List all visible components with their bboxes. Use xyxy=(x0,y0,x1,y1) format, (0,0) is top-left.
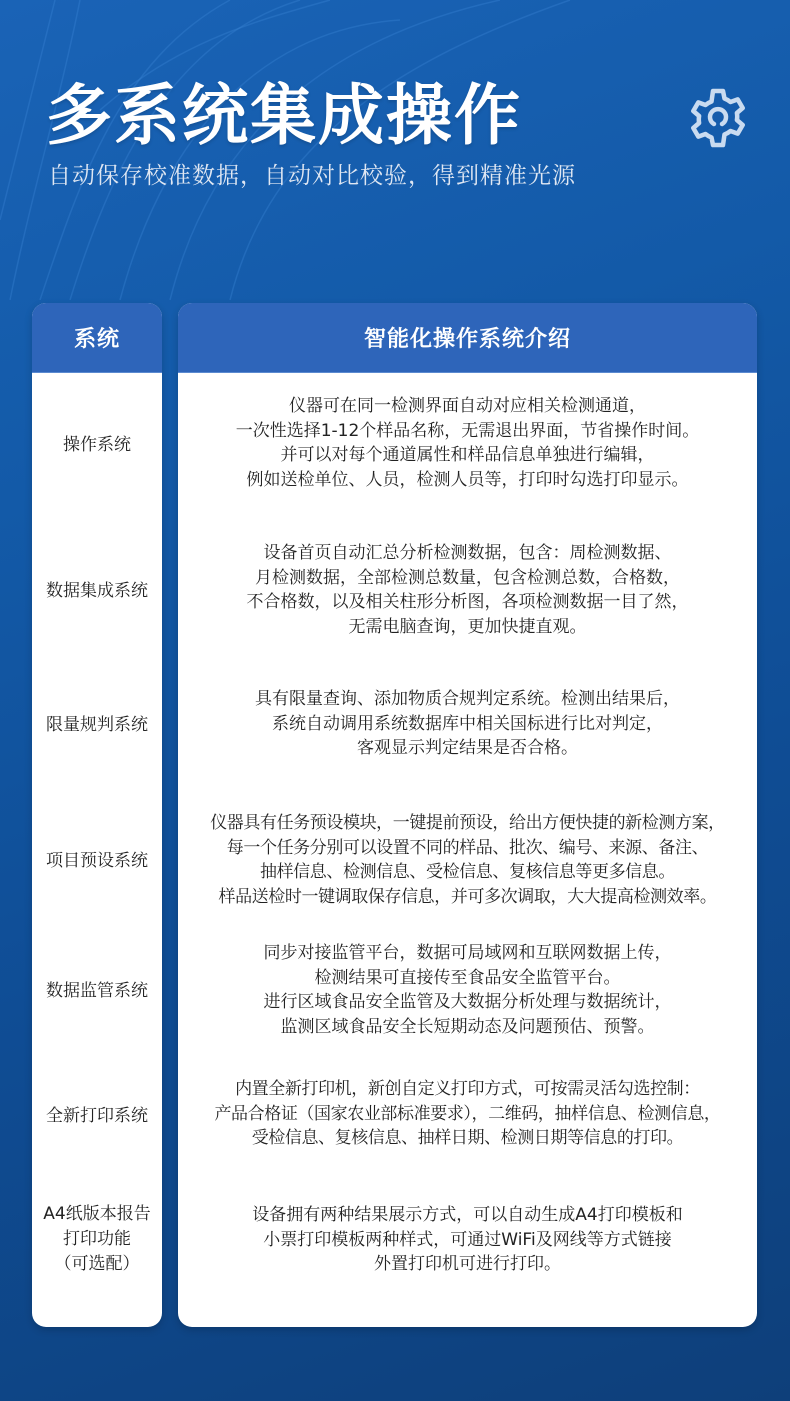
system-name-print: 全新打印系统 xyxy=(32,1102,162,1130)
system-name-operation: 操作系统 xyxy=(32,431,162,459)
description-print: 内置全新打印机，新创自定义打印方式，可按需灵活勾选控制： 产品合格证（国家农业部… xyxy=(178,1076,757,1152)
page-title: 多系统集成操作 xyxy=(46,82,522,148)
system-name-project-preset: 项目预设系统 xyxy=(32,847,162,875)
system-name-data-supervision: 数据监管系统 xyxy=(32,977,162,1005)
system-name-data-integration: 数据集成系统 xyxy=(32,577,162,605)
system-name-limit-judgement: 限量规判系统 xyxy=(32,711,162,739)
description-data-integration: 设备首页自动汇总分析检测数据，包含：周检测数据、 月检测数据，全部检测总数量，包… xyxy=(178,540,757,640)
description-a4-report: 设备拥有两种结果展示方式，可以自动生成A4打印模板和 小票打印模板两种样式，可通… xyxy=(178,1202,757,1278)
description-project-preset: 仪器具有任务预设模块，一键提前预设，给出方便快捷的新检测方案， 每一个任务分别可… xyxy=(178,810,757,910)
gear-icon xyxy=(686,86,750,150)
description-data-supervision: 同步对接监管平台，数据可局域网和互联网数据上传， 检测结果可直接传至食品安全监管… xyxy=(178,940,757,1040)
column-header-system: 系统 xyxy=(32,303,162,373)
description-operation: 仪器可在同一检测界面自动对应相关检测通道， 一次性选择1-12个样品名称，无需退… xyxy=(178,393,757,493)
column-header-description: 智能化操作系统介绍 xyxy=(178,303,757,373)
system-name-a4-report: A4纸版本报告 打印功能 （可选配） xyxy=(32,1200,162,1278)
description-column-panel: 智能化操作系统介绍 仪器可在同一检测界面自动对应相关检测通道， 一次性选择1-1… xyxy=(178,303,757,1327)
system-column-panel: 系统 操作系统 数据集成系统 限量规判系统 项目预设系统 数据监管系统 全新打印… xyxy=(32,303,162,1327)
page-subtitle: 自动保存校准数据，自动对比校验，得到精准光源 xyxy=(48,165,576,188)
description-limit-judgement: 具有限量查询、添加物质合规判定系统。检测出结果后， 系统自动调用系统数据库中相关… xyxy=(178,686,757,762)
